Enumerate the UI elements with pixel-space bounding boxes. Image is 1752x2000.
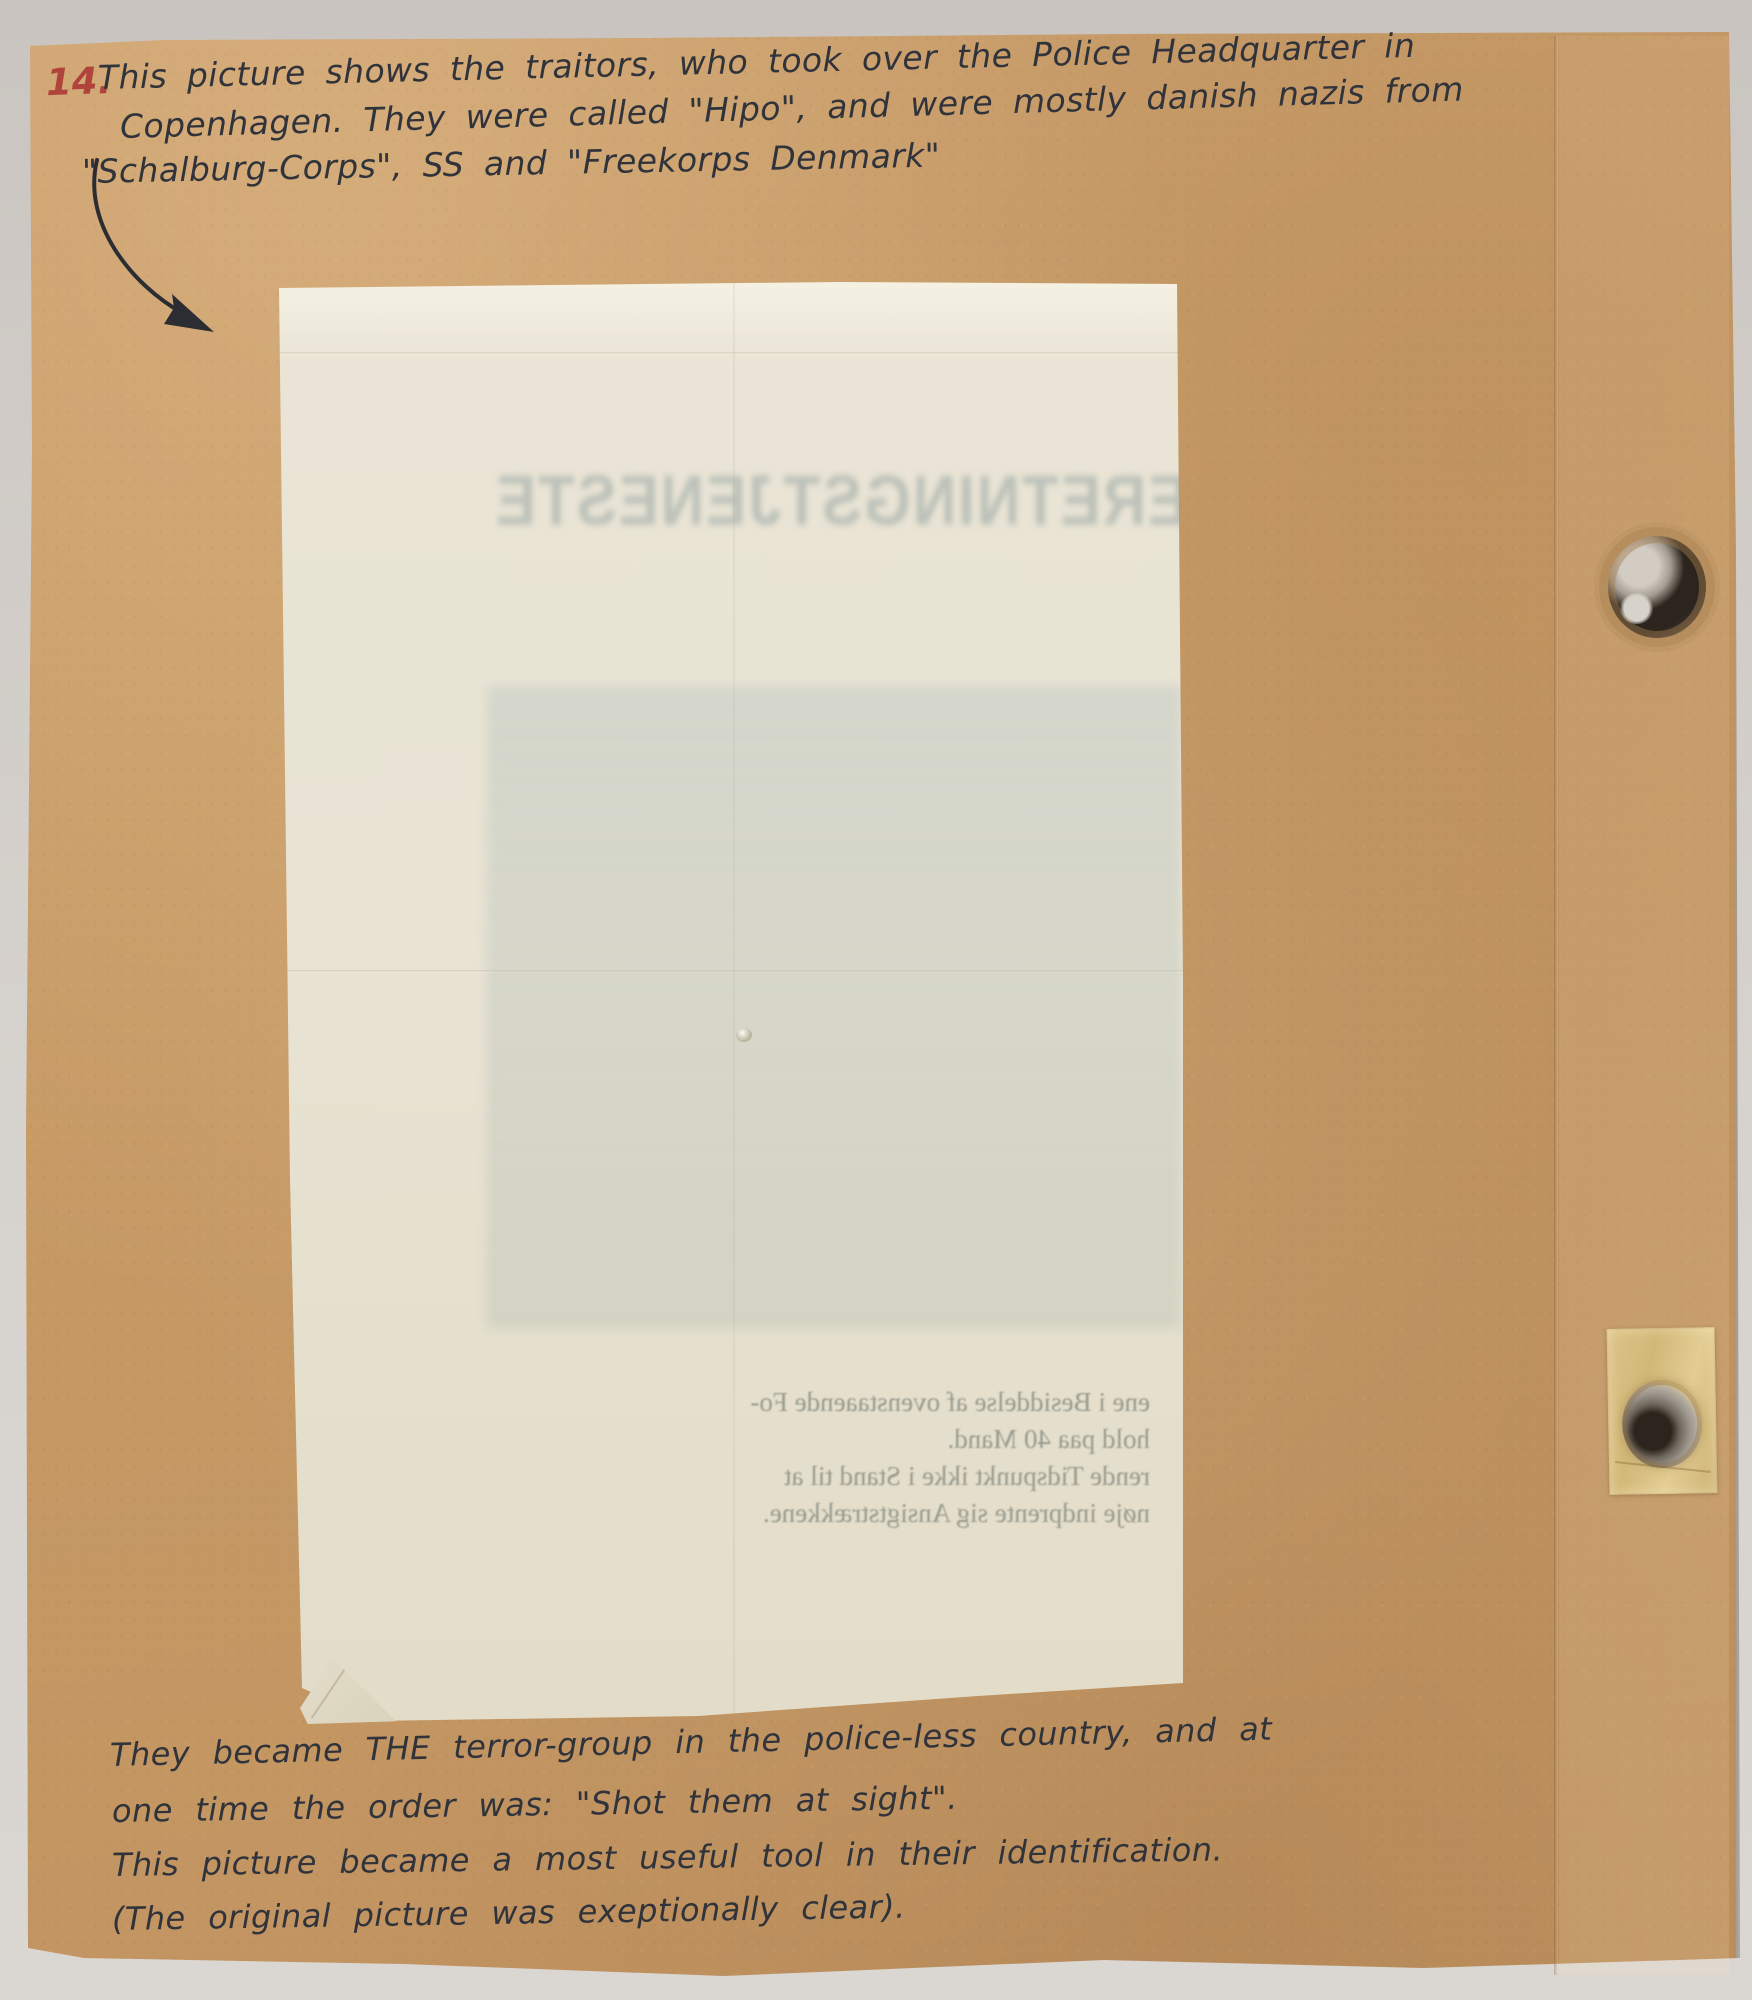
showthrough-headline-area: BERETNINGSTJENESTE: [540, 448, 1188, 552]
punch-hole-highlight: [1620, 593, 1653, 624]
sheet-crease-top: [278, 352, 1186, 355]
page-fold-line: [1554, 36, 1558, 1975]
showthrough-line: nøje indprente sig Ansigtstrækkene.: [578, 1495, 1150, 1532]
tape-covered-hole: [1621, 1379, 1703, 1468]
showthrough-headline-text: BERETNINGSTJENESTE: [494, 459, 1233, 540]
showthrough-line: rende Tidspunkt ikke i Stand til at: [578, 1458, 1150, 1495]
paper-dimple: [736, 1028, 752, 1042]
pasted-clipping: BERETNINGSTJENESTE ene i Besiddelse af o…: [278, 280, 1186, 1724]
showthrough-line: ene i Besiddelse af ovenstaaende Fo-: [578, 1384, 1150, 1421]
punch-hole: [1608, 536, 1706, 638]
ink-arrow-icon: [62, 152, 242, 352]
tape-patch: [1607, 1327, 1718, 1495]
showthrough-line: hold paa 40 Mand.: [578, 1421, 1150, 1458]
sheet-top-fold-band: [278, 280, 1186, 354]
photo-showthrough: [487, 686, 1181, 1328]
scrapbook-photo: 14. This picture shows the traitors, who…: [0, 0, 1752, 2000]
showthrough-paragraph: ene i Besiddelse af ovenstaaende Fo- hol…: [578, 1384, 1150, 1532]
